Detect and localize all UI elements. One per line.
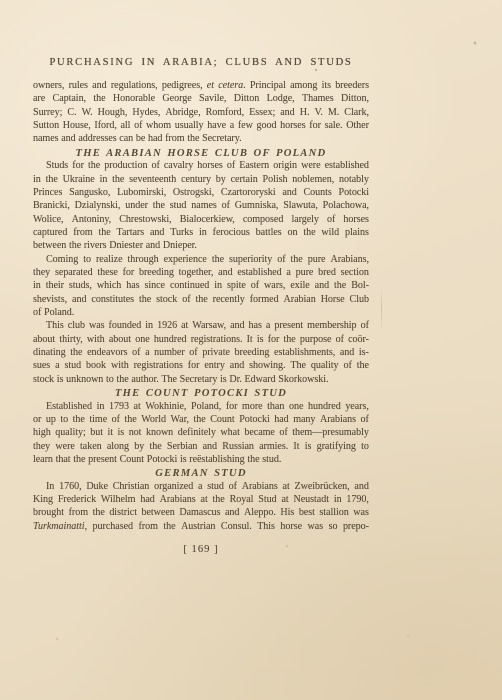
text-line: capturedfromtheTartarsandTurksinferociou… — [33, 227, 369, 240]
text-line: highquality;butitisnotknowndefinitelywha… — [33, 427, 369, 440]
text-line: intheirstuds,whichhassincecontinuedinspi… — [33, 280, 369, 293]
text-line: ofPoland. — [33, 307, 369, 320]
text-line: betweentheriversDniesterandDnieper. — [33, 240, 369, 253]
text-line: SuttonHouse,Iford,allofwhomusuallyhaveaf… — [33, 120, 369, 133]
page-body: owners,rulesandregulations,pedigrees,etc… — [33, 80, 369, 534]
text-line: intheUkraineintheseventeenthcenturybycer… — [33, 174, 369, 187]
text-line: owners,rulesandregulations,pedigrees,etc… — [33, 80, 369, 93]
text-line: shevists,andconstitutesthestockoftherece… — [33, 294, 369, 307]
running-head: PURCHASING IN ARABIA; CLUBS AND STUDS — [33, 57, 369, 69]
text-line: dinatingtheendeavorsofanumberofprivatebr… — [33, 347, 369, 360]
text-line: Surrey;C.W.Hough,Hydes,Abridge,Romford,E… — [33, 107, 369, 120]
section-heading: GERMAN STUD — [33, 467, 369, 481]
text-line: KingFrederickWilhelmhadArabiansattheRoya… — [33, 494, 369, 507]
text-line: Establishedin1793atWokhinie,Poland,formo… — [33, 401, 369, 414]
text-line: suesastudbookwithregistrationsforentryan… — [33, 360, 369, 373]
paragraph: StudsfortheproductionofcavalryhorsesofEa… — [33, 160, 369, 253]
section-heading: THE COUNT POTOCKI STUD — [33, 387, 369, 401]
text-line: oruptothetimeoftheWorldWar,theCountPotoc… — [33, 414, 369, 427]
paragraph: Comingtorealizethroughexperiencethesuper… — [33, 254, 369, 321]
text-line: learnthatthepresentCountPotockiisreëstab… — [33, 454, 369, 467]
text-line: stockisunknowntotheauthor.TheSecretaryis… — [33, 374, 369, 387]
text-line: Comingtorealizethroughexperiencethesuper… — [33, 254, 369, 267]
text-line: Wolice,Antoniny,Chrestowski,Bialocerkiew… — [33, 214, 369, 227]
text-line: StudsfortheproductionofcavalryhorsesofEa… — [33, 160, 369, 173]
text-line: areCaptain,theHonorableGeorgeSavile,Ditt… — [33, 93, 369, 106]
paragraph: Thisclubwasfoundedin1926atWarsaw,andhasa… — [33, 320, 369, 387]
text-line: namesandaddressescanbehadfromtheSecretar… — [33, 133, 369, 146]
text-line: PrincesSangusko,Lubomirski,Ostrogski,Cza… — [33, 187, 369, 200]
text-line: aboutthirty,withaboutonehundredregistrat… — [33, 334, 369, 347]
text-line: Thisclubwasfoundedin1926atWarsaw,andhasa… — [33, 320, 369, 333]
paragraph: Establishedin1793atWokhinie,Poland,formo… — [33, 401, 369, 468]
book-page: PURCHASING IN ARABIA; CLUBS AND STUDS ow… — [33, 57, 369, 556]
text-line: Branicki,Dzialynski,underthestudnamesofG… — [33, 200, 369, 213]
section-heading: THE ARABIAN HORSE CLUB OF POLAND — [33, 147, 369, 161]
text-line: broughtfromthedistrictbetweenDamascusand… — [33, 507, 369, 520]
page-fold-artifact — [381, 286, 382, 332]
text-line: theyweretakenalongbytheSerbianandRussian… — [33, 441, 369, 454]
text-line: In1760,DukeChristianorganizedastudofArab… — [33, 481, 369, 494]
paragraph: In1760,DukeChristianorganizedastudofArab… — [33, 481, 369, 534]
page-number: [ 169 ] — [33, 544, 369, 556]
text-line: Turkmainatti,purchasedfromtheAustrianCon… — [33, 521, 369, 534]
book-page-photo: PURCHASING IN ARABIA; CLUBS AND STUDS ow… — [0, 0, 502, 700]
paragraph: owners,rulesandregulations,pedigrees,etc… — [33, 80, 369, 147]
text-line: theyseparatedtheseforbreedingtogether,an… — [33, 267, 369, 280]
